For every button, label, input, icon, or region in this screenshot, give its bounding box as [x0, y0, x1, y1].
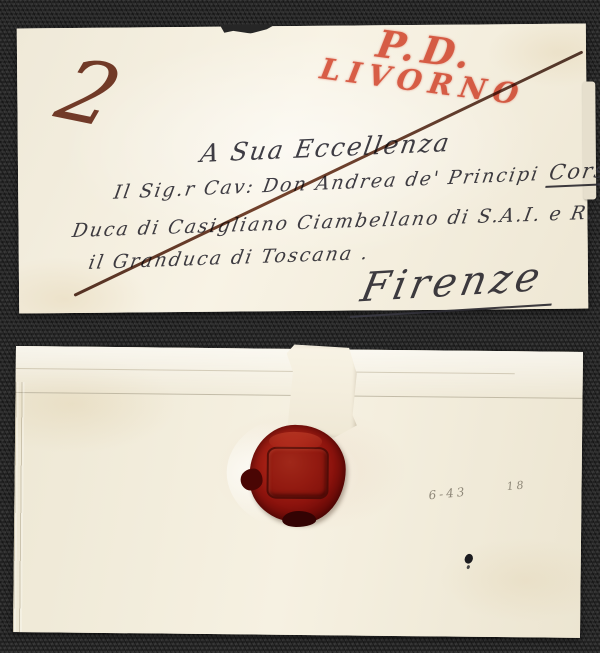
destination-city: Firenze — [350, 253, 562, 318]
address-line-title-2: il Granduca di Toscana . — [87, 242, 371, 274]
left-edge-folds — [13, 382, 25, 632]
address-line-salutation: A Sua Eccellenza — [198, 128, 453, 168]
album-page-background: P.D. LIVORNO 2 A Sua Eccellenza Il Sig.r… — [0, 0, 600, 653]
paper-tear-notch — [220, 24, 276, 33]
postmark-pd-livorno: P.D. LIVORNO — [313, 13, 537, 113]
address-name-prefix: Il Sig.r Cav: Don Andrea de' Principi — [112, 163, 549, 204]
pencil-annotation-2: 18 — [506, 478, 527, 493]
pencil-annotation: 6-43 — [428, 485, 468, 503]
red-wax-seal — [249, 424, 346, 523]
ink-spot — [463, 553, 474, 565]
manuscript-rate-mark: 2 — [45, 41, 132, 147]
address-surname-underlined: Corsini — [545, 156, 600, 187]
address-line-name: Il Sig.r Cav: Don Andrea de' Principi Co… — [112, 156, 600, 203]
address-line-title: Duca di Casigliano Ciambellano di S.A.I.… — [71, 202, 598, 242]
wax-seal-blob — [241, 468, 263, 490]
letter-back: 6-43 18 — [13, 346, 583, 638]
letter-front: P.D. LIVORNO 2 A Sua Eccellenza Il Sig.r… — [17, 24, 588, 314]
